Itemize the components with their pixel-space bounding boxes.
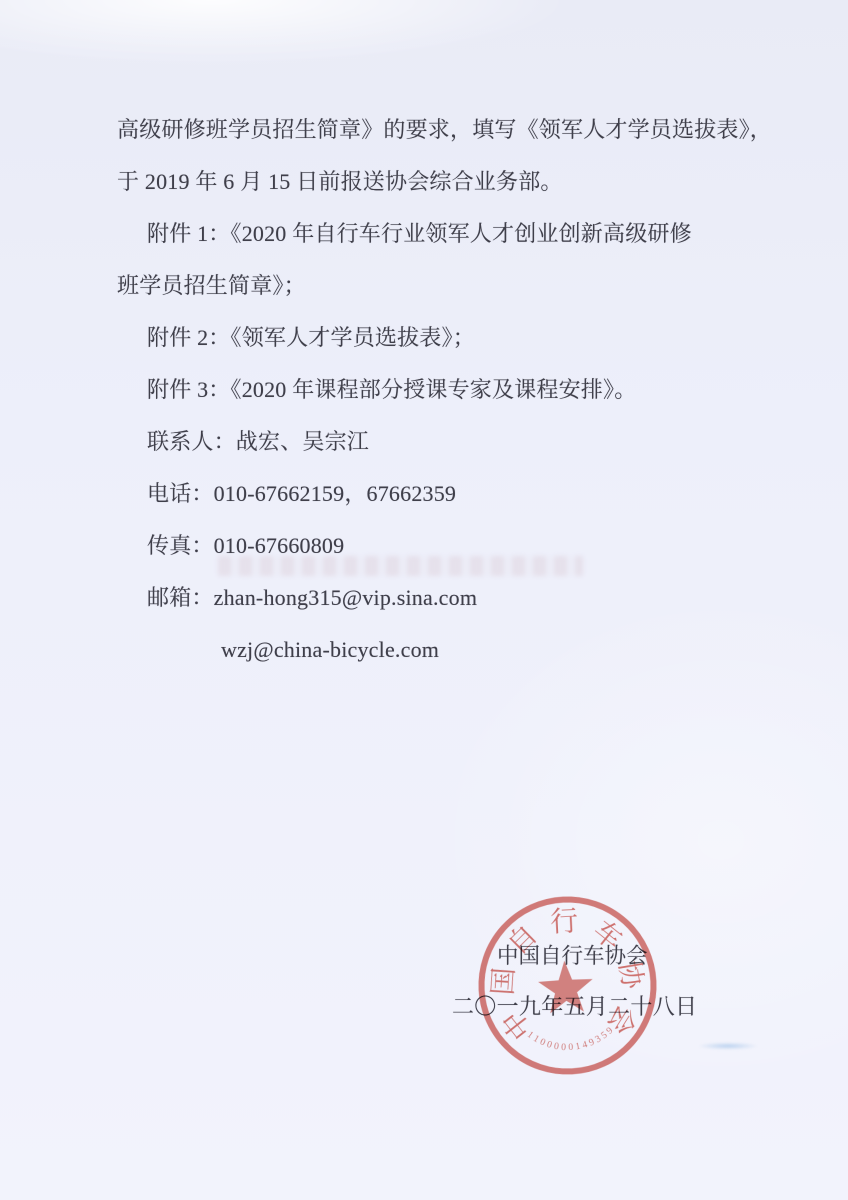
seal-code-digit: 0 — [561, 1042, 567, 1053]
seal-star — [537, 959, 594, 1014]
seal-code-digit: 0 — [568, 1042, 574, 1053]
seal-code-digit: 1 — [575, 1041, 582, 1053]
seal-code-digit: 0 — [545, 1039, 553, 1051]
ink-bleed-mark — [218, 556, 583, 576]
seal-ring-char: 行 — [549, 906, 578, 938]
text-line: 联系人：战宏、吴宗江 — [117, 416, 808, 468]
text-line: wzj@china-bicycle.com — [117, 624, 808, 676]
text-line: 于 2019 年 6 月 15 日前报送协会综合业务部。 — [117, 156, 808, 208]
document-lines: 高级研修班学员招生简章》的要求，填写《领军人才学员选拔表》，于 2019 年 6… — [117, 104, 808, 676]
text-line: 班学员招生简章》； — [117, 260, 808, 312]
seal-ring-char: 国 — [488, 967, 521, 997]
official-seal: 中国自行车协会1100000149359 — [470, 888, 664, 1082]
text-line: 附件 2：《领军人才学员选拔表》； — [117, 312, 808, 364]
text-line: 邮箱：zhan-hong315@vip.sina.com — [117, 572, 808, 624]
seal-ring-char: 协 — [613, 959, 648, 993]
seal-code-digit: 0 — [553, 1041, 560, 1053]
scan-artifact — [688, 1041, 768, 1051]
text-line: 附件 1：《2020 年自行车行业领军人才创业创新高级研修 — [117, 208, 808, 260]
document-page: 高级研修班学员招生简章》的要求，填写《领军人才学员选拔表》，于 2019 年 6… — [0, 0, 848, 1200]
text-line: 电话：010-67662159，67662359 — [117, 468, 808, 520]
text-line: 附件 3：《2020 年课程部分授课专家及课程安排》。 — [117, 364, 808, 416]
text-line: 高级研修班学员招生简章》的要求，填写《领军人才学员选拔表》， — [117, 104, 808, 156]
